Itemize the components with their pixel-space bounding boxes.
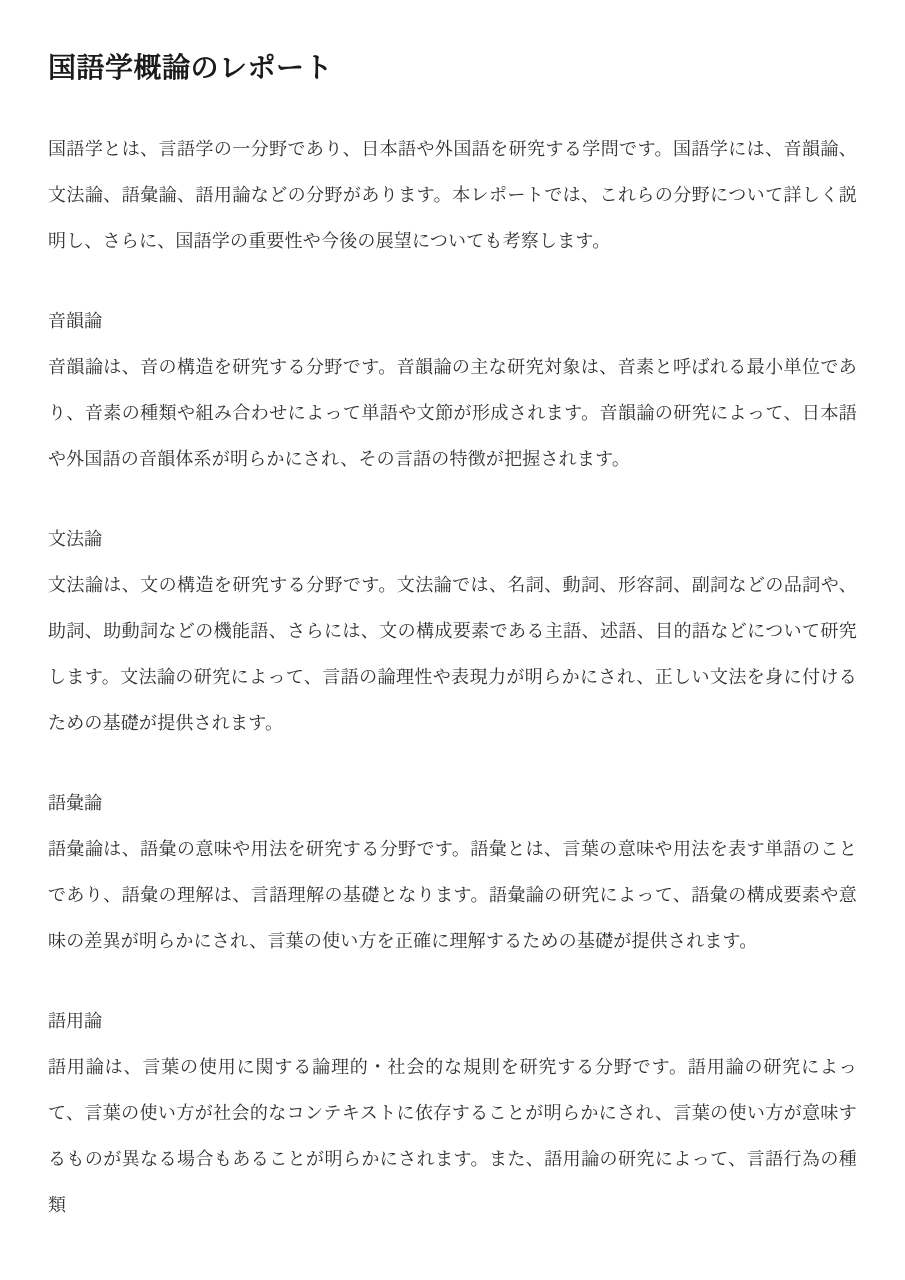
intro-paragraph: 国語学とは、言語学の一分野であり、日本語や外国語を研究する学問です。国語学には、… xyxy=(48,126,857,264)
section-body-pragmatics: 語用論は、言葉の使用に関する論理的・社会的な規則を研究する分野です。語用論の研究… xyxy=(48,1044,857,1228)
page-title: 国語学概論のレポート xyxy=(48,48,857,87)
section-phonology: 音韻論 音韻論は、音の構造を研究する分野です。音韻論の主な研究対象は、音素と呼ば… xyxy=(48,298,857,482)
section-grammar: 文法論 文法論は、文の構造を研究する分野です。文法論では、名詞、動詞、形容詞、副… xyxy=(48,516,857,746)
section-heading-pragmatics: 語用論 xyxy=(48,998,857,1044)
section-heading-grammar: 文法論 xyxy=(48,516,857,562)
section-body-lexicology: 語彙論は、語彙の意味や用法を研究する分野です。語彙とは、言葉の意味や用法を表す単… xyxy=(48,826,857,964)
section-heading-phonology: 音韻論 xyxy=(48,298,857,344)
document-page: 国語学概論のレポート 国語学とは、言語学の一分野であり、日本語や外国語を研究する… xyxy=(0,0,905,1280)
section-lexicology: 語彙論 語彙論は、語彙の意味や用法を研究する分野です。語彙とは、言葉の意味や用法… xyxy=(48,780,857,964)
section-heading-lexicology: 語彙論 xyxy=(48,780,857,826)
section-body-phonology: 音韻論は、音の構造を研究する分野です。音韻論の主な研究対象は、音素と呼ばれる最小… xyxy=(48,344,857,482)
section-body-grammar: 文法論は、文の構造を研究する分野です。文法論では、名詞、動詞、形容詞、副詞などの… xyxy=(48,562,857,746)
section-pragmatics: 語用論 語用論は、言葉の使用に関する論理的・社会的な規則を研究する分野です。語用… xyxy=(48,998,857,1228)
